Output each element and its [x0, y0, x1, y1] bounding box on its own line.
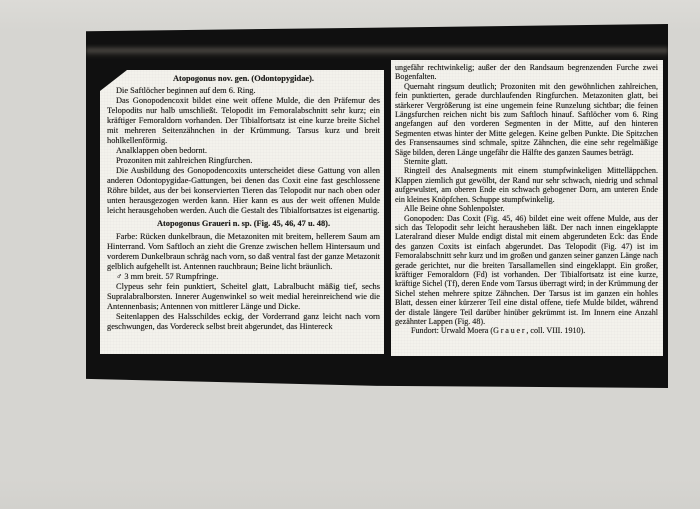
paragraph-sternite: Sternite glatt.	[395, 157, 658, 166]
species-heading: Atopogonus Graueri n. sp. (Fig. 45, 46, …	[107, 219, 380, 229]
paragraph-quernaht: Quernaht ringsum deutlich; Prozoniten mi…	[395, 82, 658, 157]
fundort-collector-name: Grauer	[493, 326, 526, 335]
right-page-column: ungefähr rechtwinkelig; außer der den Ra…	[391, 60, 663, 356]
paragraph-fundort: Fundort: Urwald Moera (Grauer, coll. VII…	[395, 326, 658, 335]
species-heading-rest: n. sp. (Fig. 45, 46, 47 u. 48).	[231, 219, 330, 228]
paragraph-ringteil: Ringteil des Analsegments mit einem stum…	[395, 166, 658, 204]
scan-light-streak	[86, 45, 668, 58]
left-page-column: Atopogonus nov. gen. (Odontopygidae). Di…	[100, 70, 384, 354]
screenshot-root: { "colors": { "background": "#d6d5d1", "…	[0, 0, 700, 509]
paragraph-beine: Alle Beine ohne Sohlenpolster.	[395, 204, 658, 213]
paragraph-saftloecher: Die Saftlöcher beginnen auf dem 6. Ring.	[107, 86, 380, 96]
paragraph-gonopodencoxit: Das Gonopodencoxit bildet eine weit offe…	[107, 96, 380, 146]
paragraph-rechtwinkelig: ungefähr rechtwinkelig; außer der den Ra…	[395, 63, 658, 82]
paragraph-seitenlappen: Seitenlappen des Halsschildes eckig, der…	[107, 312, 380, 332]
fundort-label: Fundort:	[411, 326, 439, 335]
paragraph-analklappen: Analklappen oben bedornt.	[107, 146, 380, 156]
species-heading-name: Atopogonus Graueri	[157, 219, 231, 228]
genus-heading-name: Atopogonus	[173, 74, 216, 83]
genus-heading-rest: nov. gen. (Odontopygidae).	[216, 74, 314, 83]
genus-heading: Atopogonus nov. gen. (Odontopygidae).	[107, 74, 380, 84]
paragraph-masse: ♂ 3 mm breit. 57 Rumpfringe.	[107, 272, 380, 282]
fundort-suffix: , coll. VIII. 1910).	[526, 326, 585, 335]
fundort-prefix: Urwald Moera (	[439, 326, 493, 335]
paragraph-clypeus: Clypeus sehr fein punktiert, Scheitel gl…	[107, 282, 380, 312]
paragraph-gonopoden: Gonopoden: Das Coxit (Fig. 45, 46) bilde…	[395, 214, 658, 327]
paragraph-farbe: Farbe: Rücken dunkelbraun, die Metazonit…	[107, 232, 380, 272]
paragraph-prozoniten: Prozoniten mit zahlreichen Ringfurchen.	[107, 156, 380, 166]
paragraph-ausbildung: Die Ausbildung des Gonopodencoxits unter…	[107, 166, 380, 216]
